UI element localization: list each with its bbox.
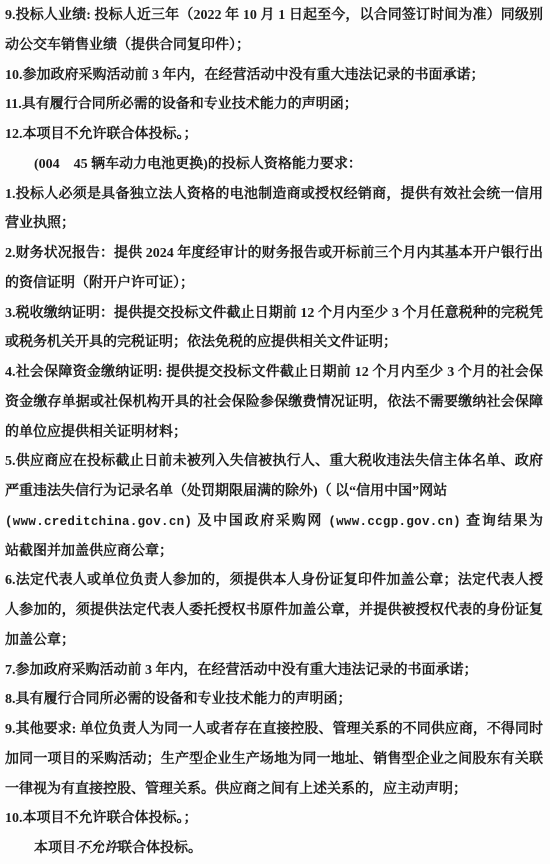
document-line: 一律视为有直接控股、管理关系。供应商之间有上述关系的，应主动声明； bbox=[5, 775, 543, 805]
document-line: 11.具有履行合同所必需的设备和专业技术能力的声明函； bbox=[5, 90, 543, 120]
document-line: 12.本项目不允许联合体投标。； bbox=[5, 120, 543, 150]
text-segment: 的单位应提供相关证明材料； bbox=[5, 425, 187, 440]
text-segment: 加盖公章； bbox=[5, 633, 75, 648]
document-line: 7.参加政府采购活动前 3 年内，在经营活动中没有重大违法记录的书面承诺； bbox=[5, 656, 543, 686]
text-segment: 8.具有履行合同所必需的设备和专业技术能力的声明函； bbox=[5, 692, 352, 707]
document-line: 4.社会保障资金缴纳证明: 提供提交投标文件截止日期前 12 个月内至少 3 个… bbox=[5, 358, 543, 388]
text-segment: 动公交车销售业绩（提供合同复印件）； bbox=[5, 38, 250, 53]
text-segment: 站截图并加盖供应商公章； bbox=[5, 544, 173, 559]
text-segment: 3.税收缴纳证明：提供提交投标文件截止日期前 12 个月内至少 3 个月任意税种… bbox=[5, 306, 543, 329]
text-segment: 加同一项目的采购活动；生产型企业生产场地为同一地址、销售型企业之间股东有关联的， bbox=[5, 752, 543, 775]
document-line: (004 45 辆车动力电池更换)的投标人资格能力要求： bbox=[5, 150, 543, 180]
document-line: 9.投标人业绩: 投标人近三年（2022 年 10 月 1 日起至今，以合同签订… bbox=[5, 1, 543, 31]
text-segment: 的资信证明（附开户许可证）； bbox=[5, 276, 194, 291]
url-text: (www.ccgp.gov.cn) bbox=[328, 515, 461, 529]
text-segment: 2.财务状况报告：提供 2024 年度经审计的财务报告或开标前三个月内其基本开户… bbox=[5, 246, 543, 269]
text-segment: 严重违法失信行为记录名单（处罚期限届满的除外)（ 以“信用中国”网站 bbox=[5, 484, 447, 499]
document-body: 9.投标人业绩: 投标人近三年（2022 年 10 月 1 日起至今，以合同签订… bbox=[5, 1, 543, 864]
document-line: 严重违法失信行为记录名单（处罚期限届满的除外)（ 以“信用中国”网站 bbox=[5, 477, 543, 507]
document-line: 加盖公章； bbox=[5, 626, 543, 656]
document-line: 5.供应商应在投标截止日前未被列入失信被执行人、重大税收违法失信主体名单、政府采… bbox=[5, 447, 543, 477]
text-segment: 4.社会保障资金缴纳证明: 提供提交投标文件截止日期前 12 个月内至少 3 个… bbox=[5, 365, 543, 388]
text-segment: 一律视为有直接控股、管理关系。供应商之间有上述关系的，应主动声明； bbox=[5, 782, 467, 797]
text-segment: 10.本项目不允许联合体投标。； bbox=[5, 811, 198, 826]
text-segment: 人参加的，须提供法定代表人委托授权书原件加盖公章，并提供被授权代表的身份证复印件 bbox=[5, 603, 543, 626]
text-segment: 11.具有履行合同所必需的设备和专业技术能力的声明函； bbox=[5, 97, 358, 112]
document-line: 10.本项目不允许联合体投标。； bbox=[5, 804, 543, 834]
document-line: 资金缴存单据或社保机构开具的社会保险参保缴费情况证明，依法不需要缴纳社会保障资金 bbox=[5, 388, 543, 418]
document-page: 9.投标人业绩: 投标人近三年（2022 年 10 月 1 日起至今，以合同签订… bbox=[0, 0, 550, 864]
text-segment: 或税务机关开具的完税证明；依法免税的应提供相关文件证明； bbox=[5, 335, 397, 350]
text-segment: 及中国政府采购网 bbox=[192, 514, 328, 529]
document-line: 10.参加政府采购活动前 3 年内，在经营活动中没有重大违法记录的书面承诺； bbox=[5, 61, 543, 91]
document-line: (www.creditchina.gov.cn) 及中国政府采购网 (www.c… bbox=[5, 507, 543, 537]
text-segment: (004 45 辆车动力电池更换)的投标人资格能力要求： bbox=[34, 157, 362, 172]
text-segment: 营业执照； bbox=[5, 216, 75, 231]
document-line: 的单位应提供相关证明材料； bbox=[5, 418, 543, 448]
document-line: 2.财务状况报告：提供 2024 年度经审计的财务报告或开标前三个月内其基本开户… bbox=[5, 239, 543, 269]
document-line: 人参加的，须提供法定代表人委托授权书原件加盖公章，并提供被授权代表的身份证复印件 bbox=[5, 596, 543, 626]
document-line: 的资信证明（附开户许可证）； bbox=[5, 269, 543, 299]
document-line: 加同一项目的采购活动；生产型企业生产场地为同一地址、销售型企业之间股东有关联的， bbox=[5, 745, 543, 775]
document-line: 动公交车销售业绩（提供合同复印件）； bbox=[5, 31, 543, 61]
text-segment: 本项目 bbox=[34, 841, 76, 856]
url-text: (www.creditchina.gov.cn) bbox=[5, 515, 192, 529]
text-segment: 5.供应商应在投标截止日前未被列入失信被执行人、重大税收违法失信主体名单、政府采… bbox=[5, 454, 543, 477]
text-segment: 7.参加政府采购活动前 3 年内，在经营活动中没有重大违法记录的书面承诺； bbox=[5, 663, 478, 678]
text-segment: 12.本项目不允许联合体投标。； bbox=[5, 127, 198, 142]
document-line: 6.法定代表人或单位负责人参加的，须提供本人身份证复印件加盖公章；法定代表人授权… bbox=[5, 566, 543, 596]
text-segment: 联合体投标。 bbox=[118, 841, 202, 856]
text-segment: 1.投标人必须是具备独立法人资格的电池制造商或授权经销商，提供有效社会统一信用代… bbox=[5, 187, 543, 210]
document-line: 8.具有履行合同所必需的设备和专业技术能力的声明函； bbox=[5, 685, 543, 715]
text-segment: 10.参加政府采购活动前 3 年内，在经营活动中没有重大违法记录的书面承诺； bbox=[5, 68, 485, 83]
document-line: 9.其他要求: 单位负责人为同一人或者存在直接控股、管理关系的不同供应商，不得同… bbox=[5, 715, 543, 745]
document-line: 3.税收缴纳证明：提供提交投标文件截止日期前 12 个月内至少 3 个月任意税种… bbox=[5, 299, 543, 329]
text-segment: 9.投标人业绩: 投标人近三年（2022 年 10 月 1 日起至今，以合同签订… bbox=[5, 8, 543, 31]
text-segment: 9.其他要求: 单位负责人为同一人或者存在直接控股、管理关系的不同供应商，不得同… bbox=[5, 722, 543, 745]
document-line: 1.投标人必须是具备独立法人资格的电池制造商或授权经销商，提供有效社会统一信用代… bbox=[5, 180, 543, 210]
text-segment: 资金缴存单据或社保机构开具的社会保险参保缴费情况证明，依法不需要缴纳社会保障资金 bbox=[5, 395, 543, 418]
text-segment: 6.法定代表人或单位负责人参加的，须提供本人身份证复印件加盖公章；法定代表人授权… bbox=[5, 573, 543, 596]
document-line: 站截图并加盖供应商公章； bbox=[5, 537, 543, 567]
document-line: 营业执照； bbox=[5, 209, 543, 239]
document-line: 或税务机关开具的完税证明；依法免税的应提供相关文件证明； bbox=[5, 328, 543, 358]
emphasis-text: 不允许 bbox=[76, 841, 118, 856]
document-line: 本项目不允许联合体投标。 bbox=[5, 834, 543, 864]
